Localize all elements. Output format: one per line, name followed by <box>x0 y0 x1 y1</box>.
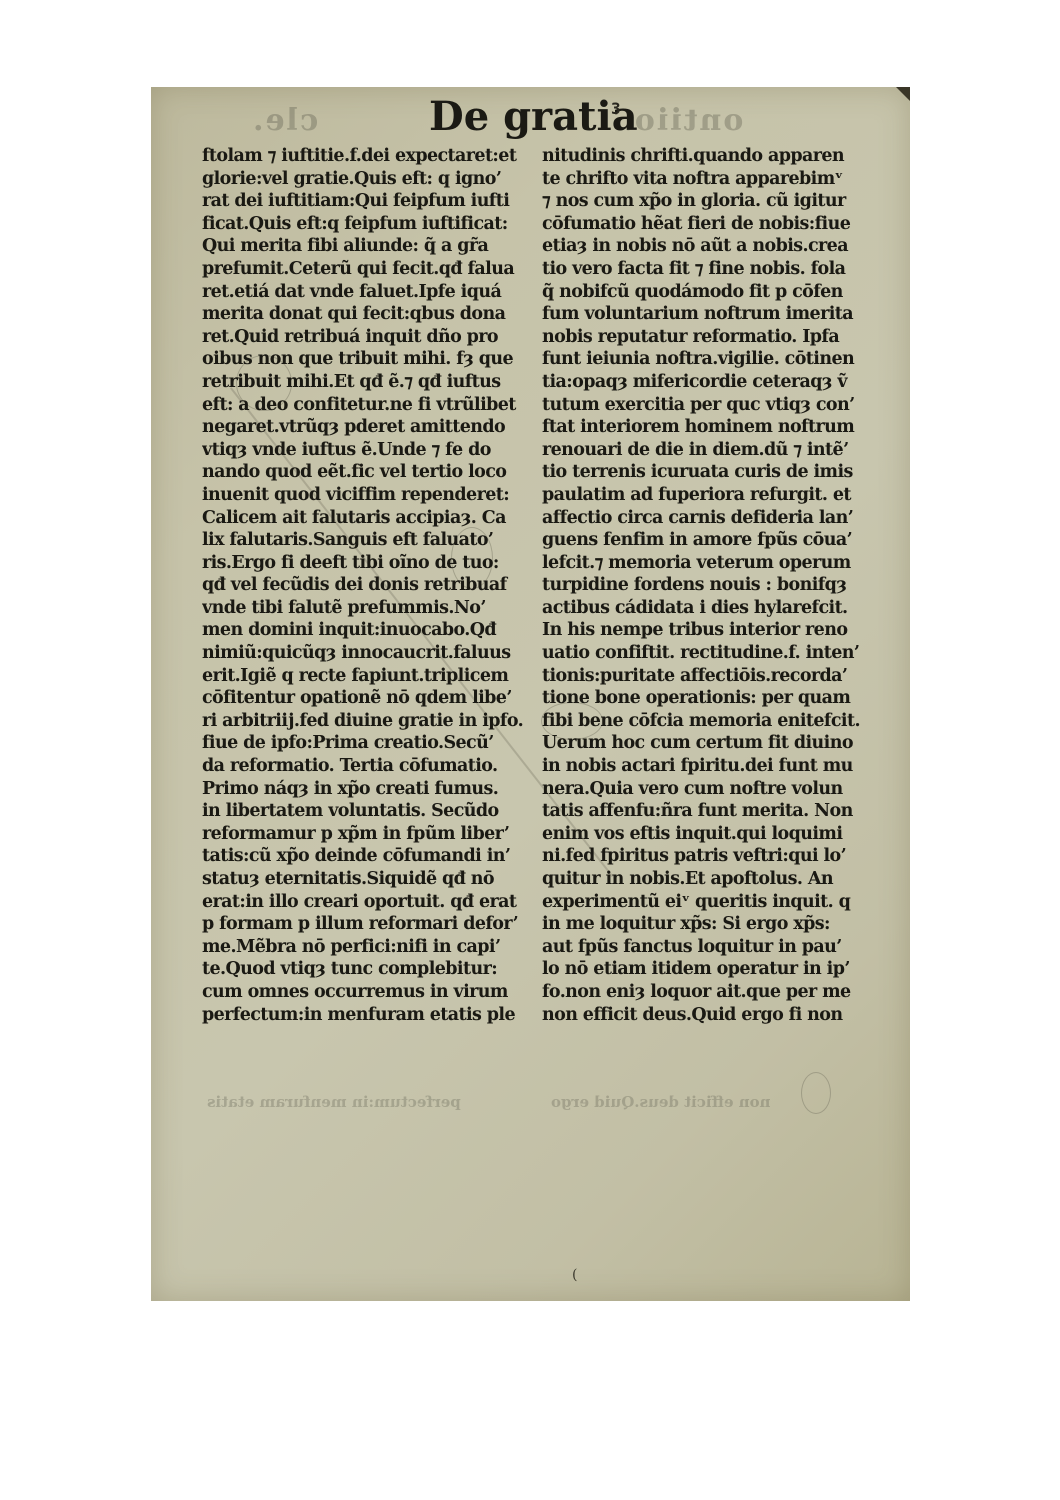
text-line: ftolam ⁊ iuftitie.f.dei expectaret:et <box>202 145 537 168</box>
text-line: uatio confiftit. rectitudine.f. inten’ <box>542 642 882 665</box>
text-line: turpidine fordens nouis : bonifqȝ <box>542 574 882 597</box>
text-line: nera.Quia vero cum noftre volun <box>542 778 882 801</box>
text-line: cum omnes occurremus in virum <box>202 981 537 1004</box>
text-line: erat:in illo creari oportuit. qđ erat <box>202 891 537 914</box>
text-line: men domini inquit:inuocabo.Qđ <box>202 619 537 642</box>
text-line: lo nō etiam itidem operatur in ip’ <box>542 958 882 981</box>
text-line: ris.Ergo fi deeft tibi oĩno de tuo: <box>202 552 537 575</box>
text-line: da reformatio. Tertia cōfumatio. <box>202 755 537 778</box>
text-line: actibus cádidata i dies hylarefcit. <box>542 597 882 620</box>
text-line: quitur in nobis.Et apoftolus. An <box>542 868 882 891</box>
show-through-text-bottom-left: perfectum:in menfuram etatis <box>207 1093 461 1111</box>
text-line: tia:opaqȝ mifericordie ceteraqȝ ṽ <box>542 371 882 394</box>
text-line: perfectum:in menfuram etatis ple <box>202 1004 537 1027</box>
text-line: ret.etiá dat vnde faluet.Ipfe iquá <box>202 281 537 304</box>
text-line: Uerum hoc cum certum fit diuino <box>542 732 882 755</box>
text-line: ⁊ nos cum xp̃o in gloria. cũ igitur <box>542 190 882 213</box>
text-line: enim vos eftis inquit.qui loquimi <box>542 823 882 846</box>
text-line: guens fenfim in amore fpũs cōua’ <box>542 529 882 552</box>
text-line: etiaȝ in nobis nō aũt a nobis.crea <box>542 235 882 258</box>
text-column-left: ftolam ⁊ iuftitie.f.dei expectaret:et gl… <box>202 145 537 1026</box>
text-line: in nobis actari fpiritu.dei funt mu <box>542 755 882 778</box>
footer-mark: ( <box>572 1267 577 1283</box>
text-line: te.Quod vtiqȝ tunc complebitur: <box>202 958 537 981</box>
show-through-text-top-right: ontiio. <box>621 103 743 138</box>
text-line: fiue de ipfo:Prima creatio.Secũ’ <box>202 732 537 755</box>
text-line: prefumit.Ceterũ qui fecit.qđ falua <box>202 258 537 281</box>
text-line: tio terrenis icuruata curis de imis <box>542 461 882 484</box>
text-line: lefcit.⁊ memoria veterum operum <box>542 552 882 575</box>
text-line: me.Mẽbra nō perfici:nifi in capi’ <box>202 936 537 959</box>
heading-mark: 3 <box>611 99 621 118</box>
text-line: p formam p illum reformari defor’ <box>202 913 537 936</box>
text-line: oibus non que tribuit mihi. fȝ que <box>202 348 537 371</box>
text-line: fibi bene cōfcia memoria enitefcit. <box>542 710 882 733</box>
text-line: aut fpũs fanctus loquitur in pau’ <box>542 936 882 959</box>
text-line: vtiqȝ vnde iuftus ẽ.Unde ⁊ fe do <box>202 439 537 462</box>
text-line: rat dei iuftitiam:Qui feipfum iufti <box>202 190 537 213</box>
text-line: ni.fed fpiritus patris veftri:qui lo’ <box>542 845 882 868</box>
text-line: ftat interiorem hominem noftrum <box>542 416 882 439</box>
text-line: qđ vel fecũdis dei donis retribuaf <box>202 574 537 597</box>
text-line: nobis reputatur reformatio. Ipfa <box>542 326 882 349</box>
text-line: cōfitentur opationẽ nō qdem libe’ <box>202 687 537 710</box>
text-line: funt ieiunia noftra.vigilie. cōtinen <box>542 348 882 371</box>
text-line: In his nempe tribus interior reno <box>542 619 882 642</box>
text-line: experimentũ eiᵛ queritis inquit. q <box>542 891 882 914</box>
text-line: reformamur p xp̃m in fpũm liber’ <box>202 823 537 846</box>
text-line: nitudinis chrifti.quando apparen <box>542 145 882 168</box>
text-line: tione bone operationis: per quam <box>542 687 882 710</box>
text-line: eft: a deo confitetur.ne fi vtrũlibet <box>202 394 537 417</box>
text-line: Qui merita fibi aliunde: q̃ a gr̃a <box>202 235 537 258</box>
show-through-text-top-left: cle. <box>251 103 318 138</box>
text-line: q̃ nobifcũ quodámodo fit p cōfen <box>542 281 882 304</box>
text-line: ri arbitriĳ.fed diuine gratie in ipfo. <box>202 710 537 733</box>
text-line: ficat.Quis eft:q feipfum iuftificat: <box>202 213 537 236</box>
text-column-right: nitudinis chrifti.quando apparen te chri… <box>542 145 882 1026</box>
text-line: renouari de die in diem.dũ ⁊ intẽ’ <box>542 439 882 462</box>
text-line: glorie:vel gratie.Quis eft: q igno’ <box>202 168 537 191</box>
text-line: te chrifto vita noftra apparebimᵛ <box>542 168 882 191</box>
text-line: fo.non eniȝ loquor ait.que per me <box>542 981 882 1004</box>
text-line: retribuit mihi.Et qđ ẽ.⁊ qđ iuftus <box>202 371 537 394</box>
text-line: tatis:cũ xp̃o deinde cōfumandi in’ <box>202 845 537 868</box>
text-line: nimiũ:quicũqȝ innocaucrit.faluus <box>202 642 537 665</box>
text-line: tionis:puritate affectiōis.recorda’ <box>542 665 882 688</box>
text-line: fum voluntarium noftrum imerita <box>542 303 882 326</box>
text-line: erit.Igiẽ q recte fapiunt.triplicem <box>202 665 537 688</box>
show-through-text-bottom-right: non efficit deus.Quid ergo <box>551 1093 771 1111</box>
watermark-stamp <box>801 1072 831 1114</box>
text-line: lix falutaris.Sanguis eft faluato’ <box>202 529 537 552</box>
text-line: statuȝ eternitatis.Siquidẽ qđ nō <box>202 868 537 891</box>
text-line: ret.Quid retribuá inquit dño pro <box>202 326 537 349</box>
text-line: affectio circa carnis defideria lan’ <box>542 507 882 530</box>
manuscript-page: cle. ontiio. De gratia 3 ftolam ⁊ iuftit… <box>151 87 910 1301</box>
text-line: in libertatem voluntatis. Secũdo <box>202 800 537 823</box>
text-line: nando quod eẽt.fic vel tertio loco <box>202 461 537 484</box>
text-line: Primo náqȝ in xp̃o creati fumus. <box>202 778 537 801</box>
text-line: Calicem ait falutaris accipiaȝ. Ca <box>202 507 537 530</box>
text-line: in me loquitur xp̃s: Si ergo xp̃s: <box>542 913 882 936</box>
page-heading: De gratia <box>429 93 638 140</box>
text-line: tio vero facta fit ⁊ fine nobis. fola <box>542 258 882 281</box>
text-line: inuenit quod viciffim rependeret: <box>202 484 537 507</box>
text-line: cōfumatio hẽat fieri de nobis:fiue <box>542 213 882 236</box>
text-line: tutum exercitia per quc vtiqȝ con’ <box>542 394 882 417</box>
text-line: paulatim ad fuperiora refurgit. et <box>542 484 882 507</box>
text-line: negaret.vtrũqȝ pderet amittendo <box>202 416 537 439</box>
text-line: non efficit deus.Quid ergo fi non <box>542 1004 882 1027</box>
text-line: vnde tibi falutẽ prefummis.No’ <box>202 597 537 620</box>
text-line: tatis affenfu:ñra funt merita. Non <box>542 800 882 823</box>
text-line: merita donat qui fecit:qbus dona <box>202 303 537 326</box>
